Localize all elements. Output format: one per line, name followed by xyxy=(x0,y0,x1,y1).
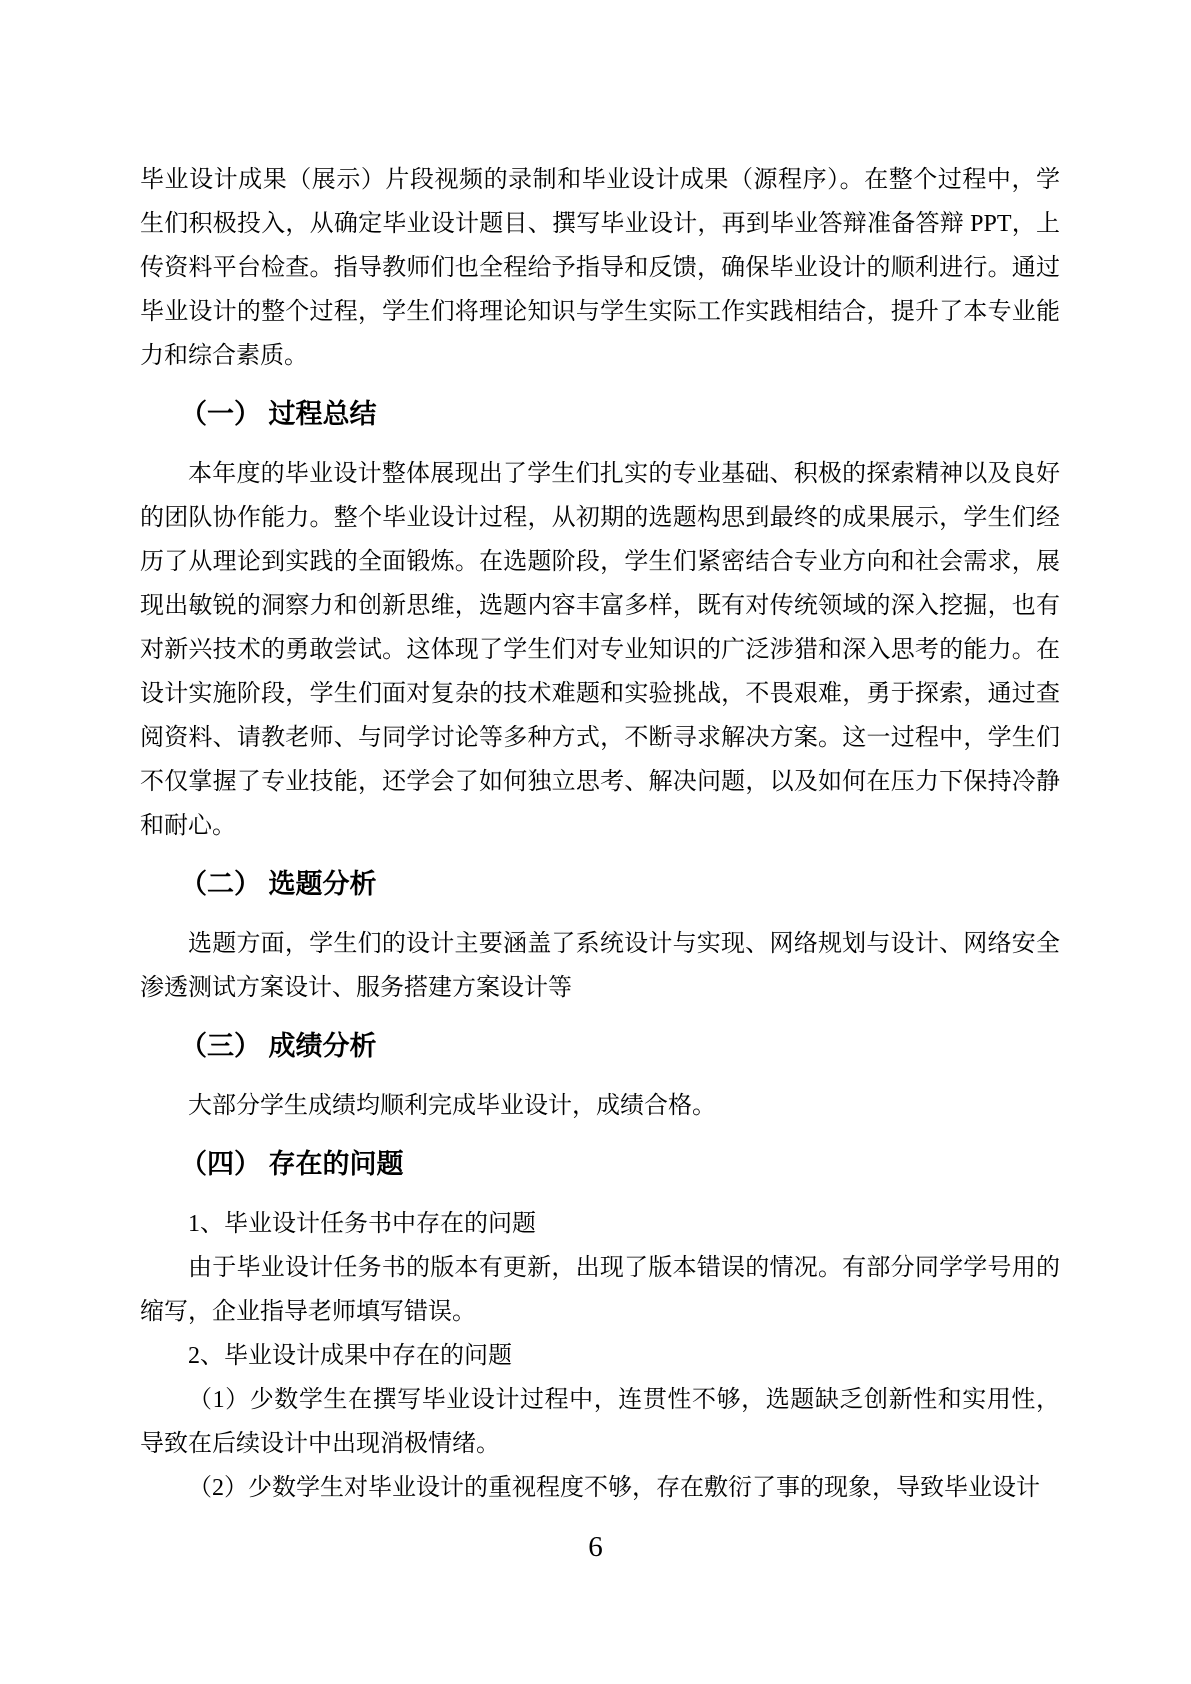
page-number: 6 xyxy=(0,1530,1191,1564)
problems-item-2-title: 2、毕业设计成果中存在的问题 xyxy=(140,1334,1060,1378)
problems-item-1-body: 由于毕业设计任务书的版本有更新，出现了版本错误的情况。有部分同学学号用的缩写，企… xyxy=(140,1246,1060,1334)
heading-topic-analysis: （二） 选题分析 xyxy=(140,862,1060,906)
topic-analysis-paragraph: 选题方面，学生们的设计主要涵盖了系统设计与实现、网络规划与设计、网络安全渗透测试… xyxy=(140,922,1060,1010)
process-summary-paragraph: 本年度的毕业设计整体展现出了学生们扎实的专业基础、积极的探索精神以及良好的团队协… xyxy=(140,452,1060,848)
grade-analysis-paragraph: 大部分学生成绩均顺利完成毕业设计，成绩合格。 xyxy=(140,1084,1060,1128)
document-page: 毕业设计成果（展示）片段视频的录制和毕业设计成果（源程序）。在整个过程中，学生们… xyxy=(0,0,1191,1684)
intro-paragraph: 毕业设计成果（展示）片段视频的录制和毕业设计成果（源程序）。在整个过程中，学生们… xyxy=(140,158,1060,378)
problems-item-2-point-2: （2）少数学生对毕业设计的重视程度不够，存在敷衍了事的现象，导致毕业设计 xyxy=(140,1466,1060,1510)
heading-existing-problems: （四） 存在的问题 xyxy=(140,1142,1060,1186)
problems-item-1-title: 1、毕业设计任务书中存在的问题 xyxy=(140,1202,1060,1246)
heading-grade-analysis: （三） 成绩分析 xyxy=(140,1024,1060,1068)
problems-item-2-point-1: （1）少数学生在撰写毕业设计过程中，连贯性不够，选题缺乏创新性和实用性，导致在后… xyxy=(140,1378,1060,1466)
heading-process-summary: （一） 过程总结 xyxy=(140,392,1060,436)
